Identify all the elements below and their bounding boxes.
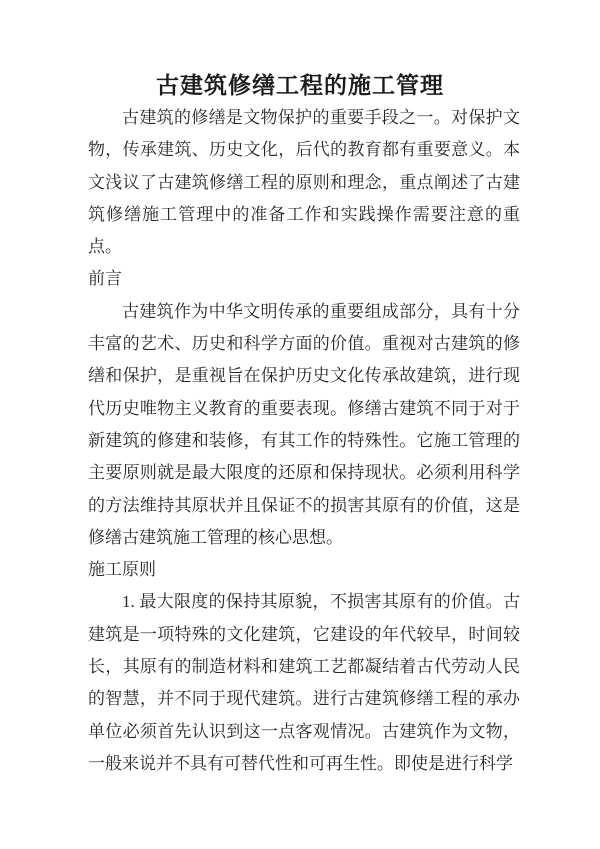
document-page: 古建筑修缮工程的施工管理 古建筑的修缮是文物保护的重要手段之一。对保护文物，传承… [0,0,600,849]
section-heading: 施工原则 [88,554,520,586]
paragraph: 古建筑的修缮是文物保护的重要手段之一。对保护文物，传承建筑、历史文化，后代的教育… [88,102,520,263]
paragraph: 古建筑作为中华文明传承的重要组成部分，具有十分丰富的艺术、历史和科学方面的价值。… [88,296,520,554]
paragraph: 1. 最大限度的保持其原貌，不损害其原有的价值。古建筑是一项特殊的文化建筑，它建… [88,586,520,780]
section-heading: 前言 [88,263,520,295]
document-body: 古建筑的修缮是文物保护的重要手段之一。对保护文物，传承建筑、历史文化，后代的教育… [88,102,520,780]
document-title: 古建筑修缮工程的施工管理 [0,0,600,102]
